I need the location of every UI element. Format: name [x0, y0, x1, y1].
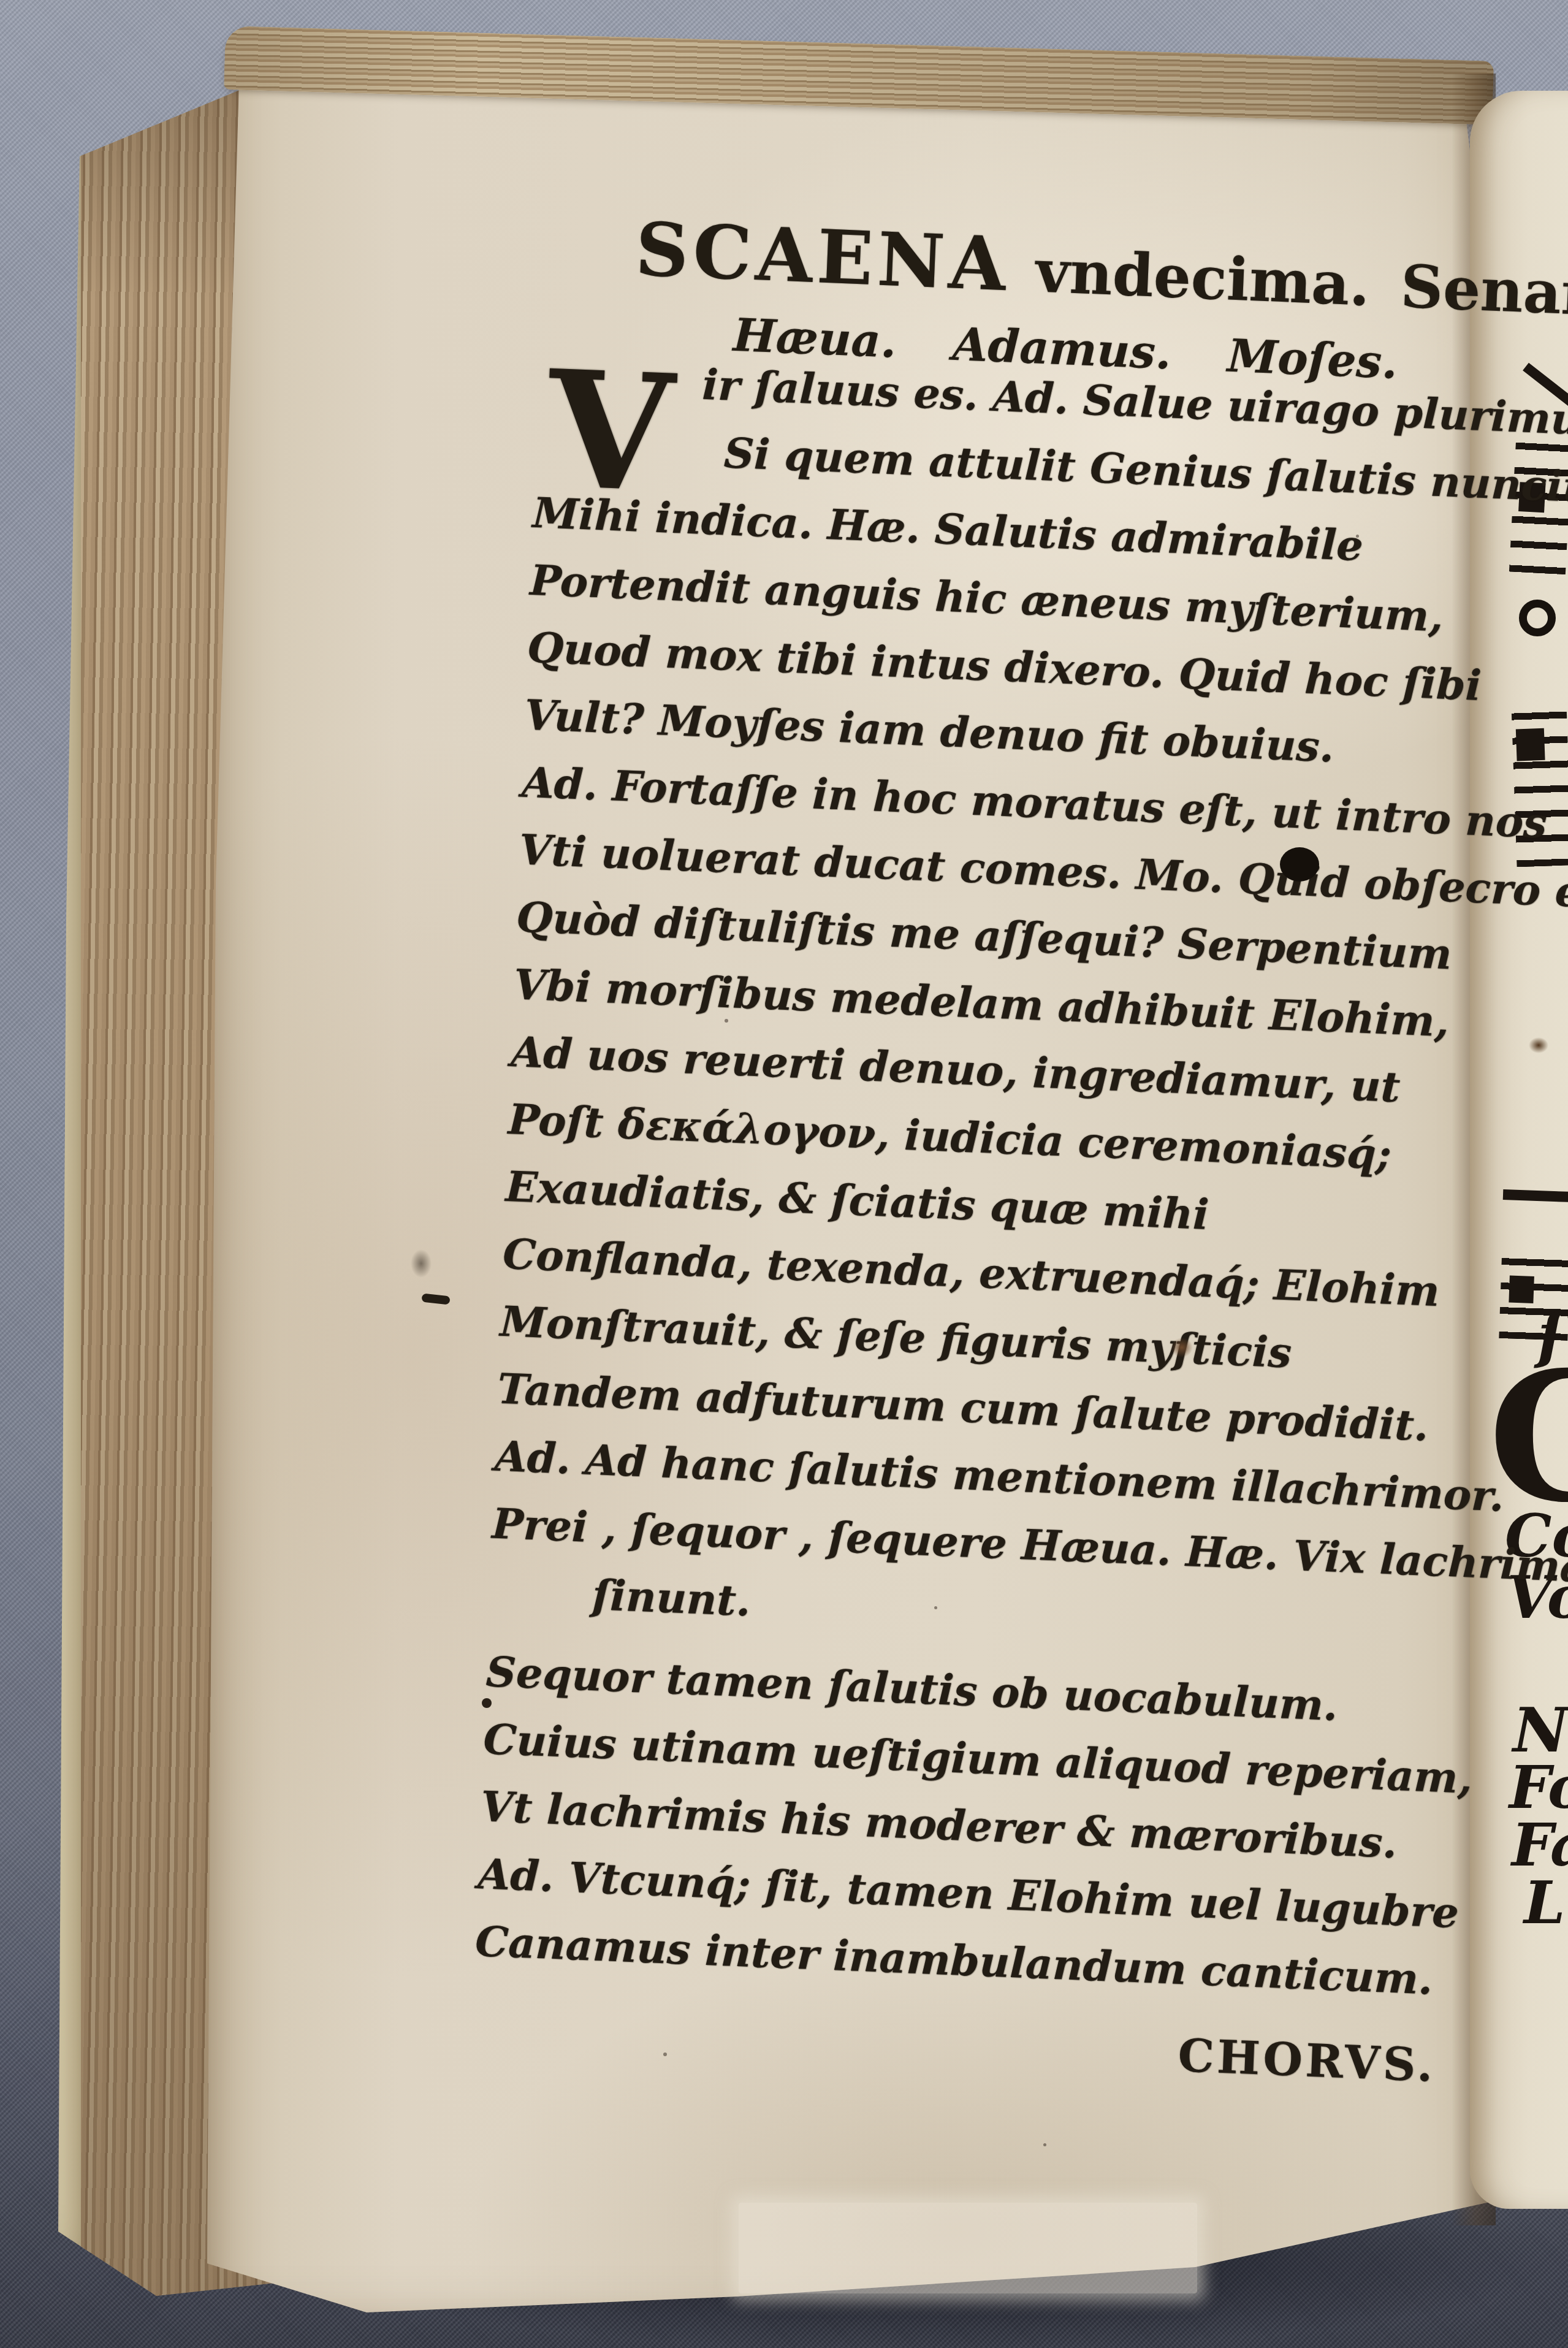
facing-page-letter: L	[1524, 1873, 1566, 1932]
facing-page-letter: N	[1513, 1699, 1568, 1761]
scene-number: vndecima.	[1034, 236, 1371, 319]
ink-blot-icon	[1280, 847, 1319, 882]
brown-stain	[1171, 1338, 1193, 1357]
music-note-icon	[1509, 1276, 1534, 1303]
music-note-icon	[1516, 728, 1545, 761]
verse-text: V ir ſaluus es. Ad. Salue uirago plurimu…	[471, 345, 1520, 2100]
paper-speck	[1356, 535, 1359, 538]
paper-speck	[663, 2053, 667, 2056]
ink-smudge	[411, 1249, 432, 1278]
ink-dot	[482, 1698, 492, 1708]
music-whole-note-icon	[1519, 600, 1556, 636]
book-photograph: ſ C Co Vo N Fo Fa L SCAENAvndecima.Senar…	[0, 0, 1568, 2348]
scene-word: SCAENA	[634, 206, 1012, 308]
drop-cap: V	[545, 349, 676, 514]
paper-speck	[725, 1019, 728, 1023]
facing-page-letter: Fo	[1509, 1758, 1568, 1817]
facing-page-letter: Fa	[1512, 1816, 1568, 1875]
blurred-overlay-patch	[739, 2203, 1197, 2293]
paper-speck	[1043, 2143, 1046, 2146]
meter-label: Senarij.	[1399, 251, 1568, 331]
ink-dot	[1529, 1037, 1548, 1053]
paper-speck	[934, 1606, 937, 1609]
